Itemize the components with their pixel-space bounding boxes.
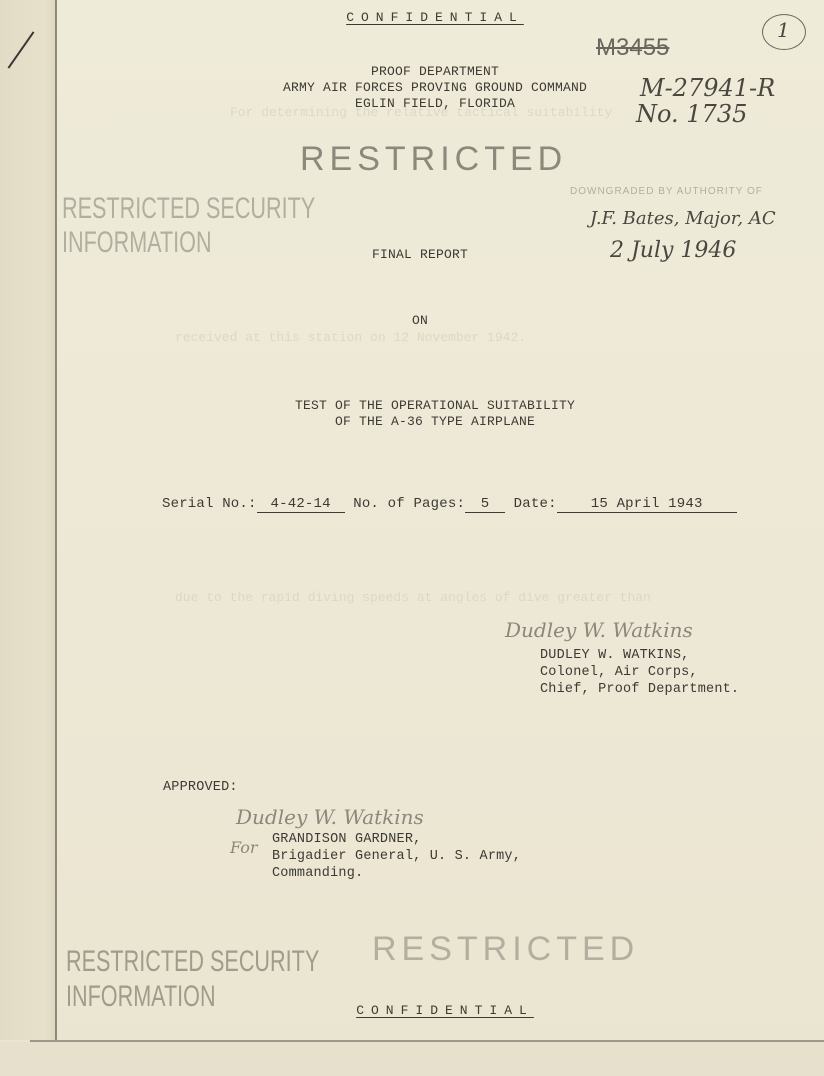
stamped-number: M3455	[596, 34, 669, 62]
org-line-1: PROOF DEPARTMENT	[240, 64, 630, 79]
for-mark: For	[230, 838, 258, 857]
approver-title: Commanding.	[272, 866, 363, 881]
watkins-signature: Dudley W. Watkins	[505, 618, 693, 642]
classification-bottom: CONFIDENTIAL	[320, 1003, 570, 1018]
document-page: For determining the relative tactical su…	[0, 0, 824, 1076]
security-stamp-bottom-line1: RESTRICTED SECURITY	[66, 945, 319, 979]
downgrade-signature: J.F. Bates, Major, AC	[590, 208, 776, 229]
signer-rank: Colonel, Air Corps,	[540, 665, 698, 680]
date-label: Date:	[514, 496, 557, 512]
signer-title: Chief, Proof Department.	[540, 682, 739, 697]
page-margin-strip	[0, 0, 56, 1040]
page-left-edge	[55, 0, 57, 1040]
security-stamp-bottom-line2: INFORMATION	[66, 980, 216, 1014]
restricted-stamp-top: RESTRICTED	[300, 140, 567, 179]
security-stamp-top-line2: INFORMATION	[62, 226, 212, 260]
restricted-stamp-bottom: RESTRICTED	[372, 930, 639, 969]
meta-line: Serial No.:4-42-14 No. of Pages:5 Date:1…	[162, 497, 737, 513]
approver-name: GRANDISON GARDNER,	[272, 832, 421, 847]
downgrade-date: 2 July 1946	[610, 238, 736, 263]
downgrade-stamp: DOWNGRADED BY AUTHORITY OF	[570, 186, 763, 197]
handwritten-ref-2: No. 1735	[636, 100, 747, 128]
report-title-line-1: TEST OF THE OPERATIONAL SUITABILITY	[230, 398, 640, 413]
bleed-through-text: received at this station on 12 November …	[175, 330, 526, 345]
approver-rank: Brigadier General, U. S. Army,	[272, 849, 521, 864]
serial-label: Serial No.:	[162, 496, 257, 512]
date-value: 15 April 1943	[557, 497, 737, 513]
approved-label: APPROVED:	[163, 780, 238, 795]
serial-value: 4-42-14	[257, 497, 345, 513]
report-title-line-2: OF THE A-36 TYPE AIRPLANE	[230, 414, 640, 429]
security-stamp-top-line1: RESTRICTED SECURITY	[62, 192, 315, 226]
report-on: ON	[380, 313, 460, 328]
pages-label: No. of Pages:	[353, 496, 465, 512]
signer-name: DUDLEY W. WATKINS,	[540, 648, 689, 663]
circled-mark-number: 1	[777, 18, 790, 42]
underlying-page	[0, 1042, 824, 1076]
org-line-3: EGLIN FIELD, FLORIDA	[240, 96, 630, 111]
handwritten-ref-1: M-27941-R	[640, 74, 775, 102]
org-line-2: ARMY AIR FORCES PROVING GROUND COMMAND	[240, 80, 630, 95]
pages-value: 5	[465, 497, 505, 513]
report-type: FINAL REPORT	[340, 247, 500, 262]
gardner-signature: Dudley W. Watkins	[236, 805, 424, 829]
bleed-through-text: due to the rapid diving speeds at angles…	[175, 590, 651, 605]
classification-top: CONFIDENTIAL	[300, 10, 570, 25]
